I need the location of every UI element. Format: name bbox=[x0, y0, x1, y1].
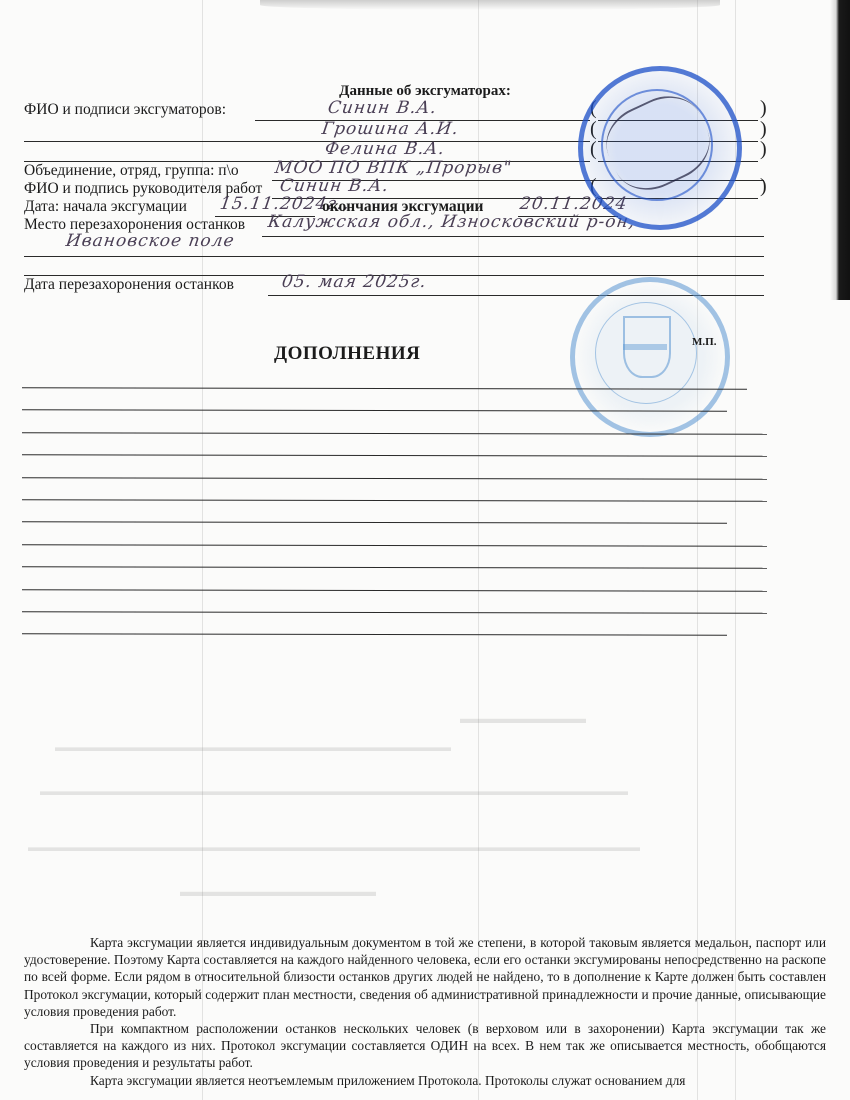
exhumator-name-2: Грошина А.И. bbox=[321, 119, 460, 139]
bleed-through: ▬▬▬▬▬▬▬▬▬▬▬▬▬▬▬▬▬▬▬▬▬▬▬▬▬▬▬▬▬▬▬▬▬ bbox=[55, 740, 451, 755]
stamp-placeholder-label: М.П. bbox=[692, 336, 716, 348]
reburial-place-value-line1: Калужская обл., Износковский р-он, bbox=[267, 212, 637, 232]
scan-shadow bbox=[260, 0, 720, 10]
note-paragraph-1: Карта эксгумации является индивидуальным… bbox=[24, 934, 826, 1020]
exhumators-label: ФИО и подписи эксгуматоров: bbox=[24, 101, 226, 119]
additions-blank-line bbox=[22, 566, 767, 569]
bleed-through: ▬▬▬▬▬▬▬▬▬ bbox=[460, 712, 586, 728]
additions-blank-line bbox=[22, 634, 727, 637]
signature-bracket-close: ) bbox=[760, 97, 767, 120]
additions-blank-line bbox=[22, 589, 767, 592]
association-value: МОО ПО ВПК „Прорыв" bbox=[274, 158, 514, 178]
field-underline bbox=[262, 236, 764, 237]
leader-value: Синин В.А. bbox=[279, 176, 391, 196]
document-page: ▬▬▬▬▬▬▬▬▬ ▬▬▬▬▬▬▬▬▬▬▬▬▬▬▬▬▬▬▬▬▬▬▬▬▬▬▬▬▬▬… bbox=[0, 0, 850, 1100]
field-underline bbox=[24, 256, 764, 257]
signature-bracket-close: ) bbox=[760, 138, 767, 161]
date-start-label: Дата: начала эксгумации bbox=[24, 198, 187, 216]
additions-blank-line bbox=[22, 544, 767, 547]
exhumator-name-1: Синин В.А. bbox=[327, 98, 439, 118]
additions-blank-line bbox=[22, 499, 767, 502]
additions-blank-line bbox=[22, 477, 767, 480]
additions-blank-line bbox=[22, 611, 767, 614]
reburial-place-value-line2: Ивановское поле bbox=[65, 231, 236, 251]
note-paragraph-3: Карта эксгумации является неотъемлемым п… bbox=[24, 1072, 826, 1089]
reburial-date-value: 05. мая 2025г. bbox=[281, 272, 428, 292]
bleed-through: ▬▬▬▬▬▬▬▬▬▬▬▬▬▬▬▬▬▬▬▬▬▬▬▬▬▬▬▬▬▬▬▬▬▬▬▬▬▬▬▬… bbox=[40, 784, 628, 799]
additions-blank-line bbox=[22, 387, 747, 390]
exhumator-name-3: Фелина В.А. bbox=[324, 139, 447, 159]
coat-of-arms-river-icon bbox=[623, 344, 667, 350]
scan-edge bbox=[830, 0, 850, 300]
bleed-through: ▬▬▬▬▬▬▬▬▬▬▬▬▬▬ bbox=[180, 885, 376, 901]
note-paragraph-2: При компактном расположении останков нес… bbox=[24, 1020, 826, 1072]
field-underline bbox=[24, 141, 590, 142]
date-start-label-text: Дата: начала эксгумации bbox=[24, 198, 187, 215]
organization-seal-stamp bbox=[578, 66, 742, 230]
association-label: Объединение, отряд, группа: п\о bbox=[24, 162, 239, 180]
notes-section: Карта эксгумации является индивидуальным… bbox=[24, 934, 826, 1089]
bleed-through: ▬▬▬▬▬▬▬▬▬▬▬▬▬▬▬▬▬▬▬▬▬▬▬▬▬▬▬▬▬▬▬▬▬▬▬▬▬▬▬▬… bbox=[28, 840, 640, 855]
signature-bracket-close: ) bbox=[760, 175, 767, 198]
additions-blank-line bbox=[22, 454, 767, 457]
additions-title: ДОПОЛНЕНИЯ bbox=[274, 343, 420, 365]
administration-seal-stamp bbox=[570, 277, 730, 437]
additions-blank-line bbox=[22, 522, 727, 525]
signature-scribble bbox=[595, 84, 721, 202]
reburial-date-label: Дата перезахоронения останков bbox=[24, 276, 234, 294]
